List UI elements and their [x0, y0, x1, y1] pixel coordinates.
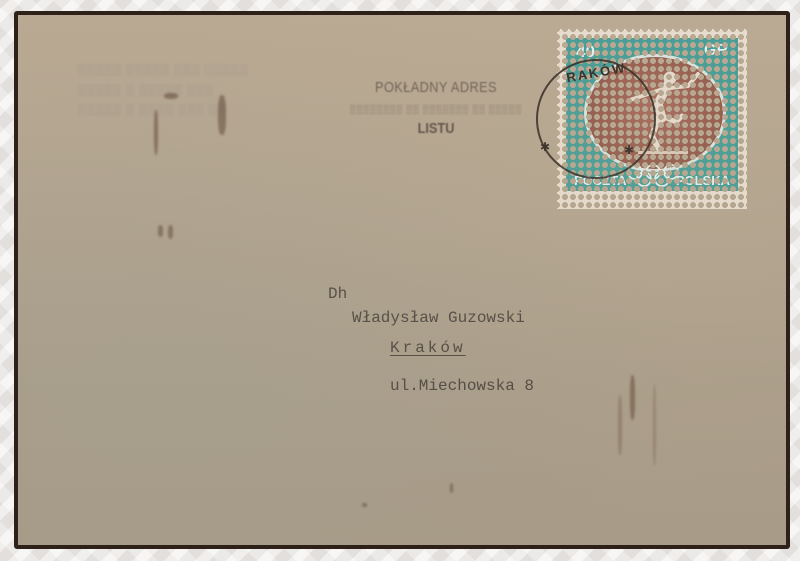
- ink-smudge: [218, 95, 226, 135]
- stamp-imprint-strip: [566, 191, 738, 200]
- postmark-slogan: POKŁADNY ADRES ▒▒▒▒▒▒▒▒ ▒▒ ▒▒▒▒▒▒▒ ▒▒ ▒▒…: [336, 79, 536, 137]
- address-city: Kraków: [390, 339, 466, 357]
- star-icon: ✱: [540, 140, 550, 154]
- envelope: ▒▒▒▒▒ ▒▒▒▒▒ ▒▒▒ ▒▒▒▒▒ ▒▒▒▒▒ ▒ ▒▒▒▒▒ ▒▒▒ …: [14, 11, 790, 549]
- olympic-rings-icon: [626, 164, 680, 188]
- star-icon: ✱: [624, 143, 634, 157]
- faded-sender-stamp: ▒▒▒▒▒ ▒▒▒▒▒ ▒▒▒ ▒▒▒▒▒ ▒▒▒▒▒ ▒ ▒▒▒▒▒ ▒▒▒ …: [78, 60, 288, 120]
- address-street: ul.Miechowska 8: [390, 377, 534, 395]
- address-name: Władysław Guzowski: [352, 309, 525, 327]
- stamp-unit: GR: [704, 42, 728, 60]
- ink-smudge: [158, 225, 163, 237]
- ink-smudge: [168, 225, 173, 239]
- sender-line: ▒▒▒▒▒ ▒▒▒▒▒ ▒▒▒ ▒▒▒▒▒: [78, 60, 288, 80]
- ink-smudge: [164, 93, 178, 99]
- ink-smudge: [618, 395, 622, 455]
- ink-smudge: [653, 385, 656, 465]
- slogan-line-3: LISTU: [351, 120, 521, 137]
- stamp-text-polska: POLSKA: [676, 173, 730, 188]
- ink-smudge: [362, 503, 367, 507]
- ink-smudge: [450, 483, 453, 493]
- address-salutation: Dh: [328, 285, 347, 303]
- sender-line: ▒▒▒▒▒ ▒ ▒▒▒▒▒ ▒▒▒: [78, 80, 288, 100]
- slogan-line-1: POKŁADNY ADRES: [351, 79, 521, 96]
- slogan-line-2: ▒▒▒▒▒▒▒▒ ▒▒ ▒▒▒▒▒▒▒ ▒▒ ▒▒▒▒▒: [346, 104, 526, 114]
- ink-smudge: [630, 375, 635, 420]
- ink-smudge: [154, 110, 158, 155]
- sender-line: ▒▒▒▒▒ ▒ ▒▒▒▒ ▒▒▒ ▒▒: [78, 100, 288, 120]
